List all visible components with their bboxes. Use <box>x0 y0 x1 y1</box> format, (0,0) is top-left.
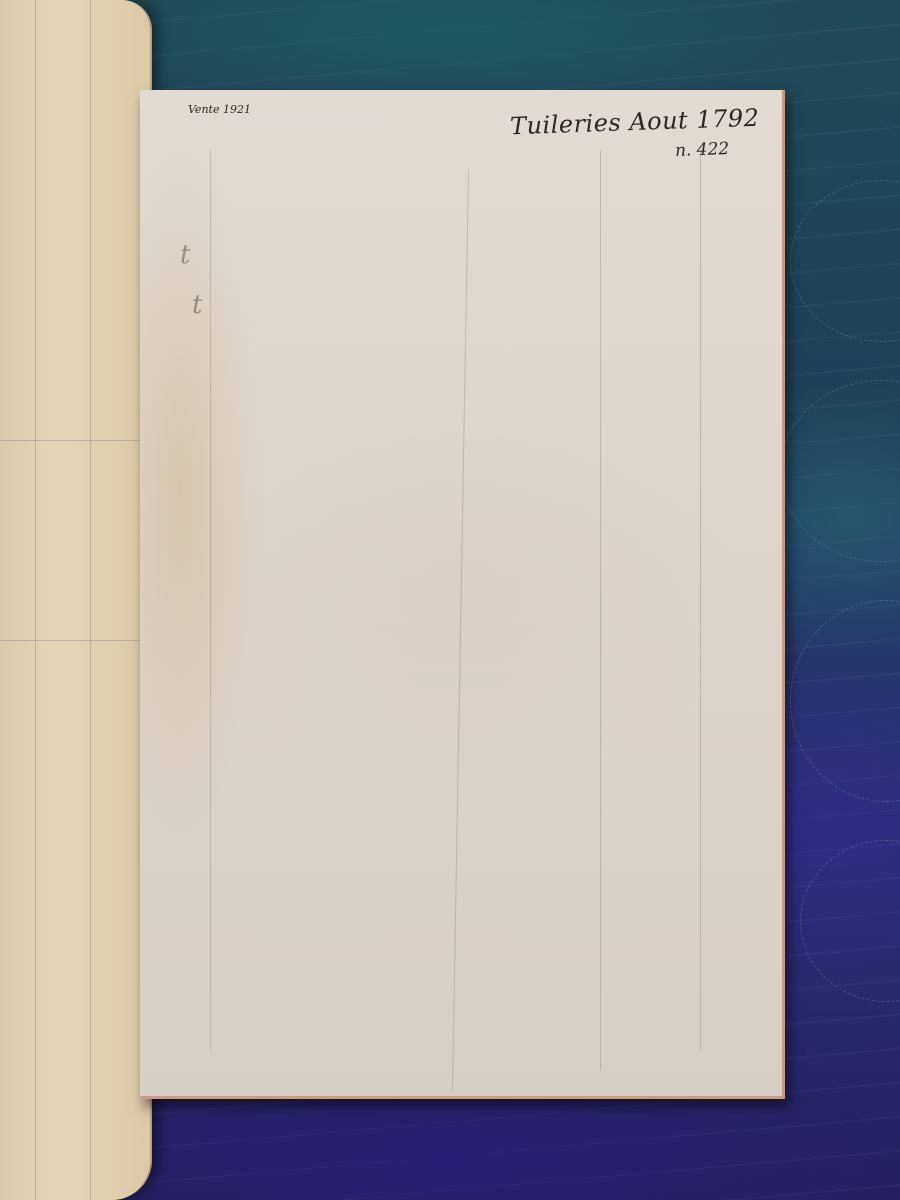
ruled-line <box>90 0 91 1200</box>
top-left-handwritten-note: Vente 1921 <box>188 103 251 116</box>
pencil-ruled-line <box>452 170 469 1090</box>
ruled-line <box>35 0 36 1200</box>
quilt-stitch-pattern <box>800 840 900 1002</box>
flyleaf-page: Vente 1921 Tuileries Aout 1792 n. 422 t … <box>140 90 785 1099</box>
handwritten-title: Tuileries Aout 1792 <box>510 104 760 141</box>
pencil-ruled-line <box>210 150 211 1050</box>
left-page <box>0 0 152 1200</box>
quilt-stitch-pattern <box>780 380 900 562</box>
ruled-line <box>0 440 140 441</box>
pencil-ruled-line <box>600 150 601 1070</box>
quilt-stitch-pattern <box>790 600 900 802</box>
pencil-mark: t <box>192 290 202 320</box>
pencil-mark: t <box>180 240 190 270</box>
pencil-ruled-line <box>700 150 701 1050</box>
handwritten-number: n. 422 <box>675 139 730 161</box>
ruled-line <box>0 640 140 641</box>
quilt-stitch-pattern <box>790 180 900 342</box>
